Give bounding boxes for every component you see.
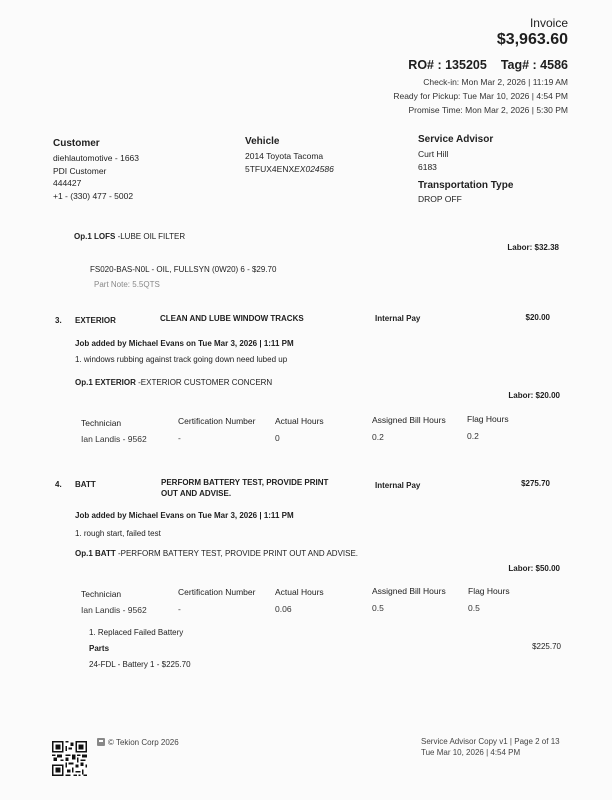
- job-4-amount: $275.70: [521, 479, 550, 488]
- transportation-heading: Transportation Type: [418, 180, 513, 191]
- transportation-value: DROP OFF: [418, 193, 513, 206]
- job-3-pay-type: Internal Pay: [375, 314, 420, 323]
- vehicle-block: Vehicle 2014 Toyota Tacoma 5TFUX4ENXEX02…: [245, 136, 334, 175]
- job-4-concern: 1. rough start, failed test: [75, 529, 161, 538]
- service-advisor-heading: Service Advisor: [418, 134, 513, 145]
- part-note: Part Note: 5.5QTS: [94, 280, 160, 289]
- tech-col-actual: Actual Hours: [275, 587, 324, 597]
- service-advisor-name: Curt Hill: [418, 148, 513, 161]
- customer-phone: +1 - (330) 477 - 5002: [53, 190, 139, 203]
- copyright: © Tekion Corp 2026: [97, 738, 179, 747]
- parts-label: Parts: [89, 644, 109, 653]
- job-4-correction: 1. Replaced Failed Battery: [89, 628, 183, 637]
- job-3-amount: $20.00: [526, 313, 550, 322]
- op-line-batt: Op.1 BATT -PERFORM BATTERY TEST, PROVIDE…: [75, 549, 358, 558]
- tech-col-assigned: Assigned Bill Hours: [372, 415, 446, 425]
- tech-col-flag: Flag Hours: [467, 414, 509, 424]
- tech-col-technician: Technician: [81, 589, 121, 599]
- tech-col-technician: Technician: [81, 418, 121, 428]
- job-3-code: EXTERIOR: [75, 316, 116, 325]
- document-title: Invoice: [530, 16, 568, 30]
- vehicle-heading: Vehicle: [245, 136, 334, 147]
- customer-number: 444427: [53, 177, 139, 190]
- copy-page-info: Service Advisor Copy v1 | Page 2 of 13: [421, 736, 560, 747]
- tech-col-flag: Flag Hours: [468, 586, 510, 596]
- ro-tag-line: RO# : 135205Tag# : 4586: [408, 58, 568, 72]
- part-line-oil: FS020-BAS-N0L - OIL, FULLSYN (0W20) 6 - …: [90, 265, 276, 274]
- tech-cert: -: [178, 433, 181, 443]
- labor-batt: Labor: $50.00: [508, 564, 560, 573]
- vehicle-vin: 5TFUX4ENXEX024586: [245, 163, 334, 176]
- tech-col-actual: Actual Hours: [275, 416, 324, 426]
- labor-exterior: Labor: $20.00: [508, 391, 560, 400]
- tech-cert: -: [178, 604, 181, 614]
- qr-code-icon: [52, 741, 87, 776]
- tech-actual: 0.06: [275, 604, 292, 614]
- job-4-number: 4.: [55, 480, 62, 489]
- check-in: Check-in: Mon Mar 2, 2026 | 11:19 AM: [393, 75, 568, 89]
- tech-assigned: 0.2: [372, 432, 384, 442]
- job-3-concern: 1. windows rubbing against track going d…: [75, 355, 287, 364]
- job-4-pay-type: Internal Pay: [375, 481, 420, 490]
- tech-flag: 0.5: [468, 603, 480, 613]
- promise-time: Promise Time: Mon Mar 2, 2026 | 5:30 PM: [393, 103, 568, 117]
- op-line-exterior: Op.1 EXTERIOR -EXTERIOR CUSTOMER CONCERN: [75, 378, 272, 387]
- customer-type: PDI Customer: [53, 165, 139, 178]
- job-4-added-by: Job added by Michael Evans on Tue Mar 3,…: [75, 511, 294, 520]
- dates-block: Check-in: Mon Mar 2, 2026 | 11:19 AM Rea…: [393, 75, 568, 117]
- tech-name: Ian Landis - 9562: [81, 434, 147, 444]
- job-3-title: CLEAN AND LUBE WINDOW TRACKS: [160, 314, 304, 323]
- customer-name: diehlautomotive - 1663: [53, 152, 139, 165]
- op-line-lofs: Op.1 LOFS -LUBE OIL FILTER: [74, 232, 185, 241]
- ro-number: RO# : 135205: [408, 58, 487, 72]
- tech-col-cert: Certification Number: [178, 587, 255, 597]
- tech-actual: 0: [275, 433, 280, 443]
- service-advisor-block: Service Advisor Curt Hill 6183 Transport…: [418, 134, 513, 206]
- tekion-logo-icon: [97, 738, 105, 746]
- tech-col-cert: Certification Number: [178, 416, 255, 426]
- tag-number: Tag# : 4586: [501, 58, 568, 72]
- labor-lofs: Labor: $32.38: [507, 243, 559, 252]
- job-3-number: 3.: [55, 316, 62, 325]
- job-4-code: BATT: [75, 480, 96, 489]
- vehicle-model: 2014 Toyota Tacoma: [245, 150, 334, 163]
- tech-name: Ian Landis - 9562: [81, 605, 147, 615]
- ready-for-pickup: Ready for Pickup: Tue Mar 10, 2026 | 4:5…: [393, 89, 568, 103]
- parts-total: $225.70: [532, 642, 561, 651]
- tech-flag: 0.2: [467, 431, 479, 441]
- printed-timestamp: Tue Mar 10, 2026 | 4:54 PM: [421, 747, 560, 758]
- customer-block: Customer diehlautomotive - 1663 PDI Cust…: [53, 138, 139, 202]
- part-line-battery: 24-FDL - Battery 1 - $225.70: [89, 660, 191, 669]
- tech-assigned: 0.5: [372, 603, 384, 613]
- tech-col-assigned: Assigned Bill Hours: [372, 586, 446, 596]
- invoice-total: $3,963.60: [497, 31, 568, 49]
- job-4-title: PERFORM BATTERY TEST, PROVIDE PRINT OUT …: [161, 477, 328, 499]
- customer-lines: diehlautomotive - 1663 PDI Customer 4444…: [53, 152, 139, 202]
- footer-page-info: Service Advisor Copy v1 | Page 2 of 13 T…: [421, 736, 560, 758]
- service-advisor-id: 6183: [418, 161, 513, 174]
- job-3-added-by: Job added by Michael Evans on Tue Mar 3,…: [75, 339, 294, 348]
- customer-heading: Customer: [53, 138, 139, 149]
